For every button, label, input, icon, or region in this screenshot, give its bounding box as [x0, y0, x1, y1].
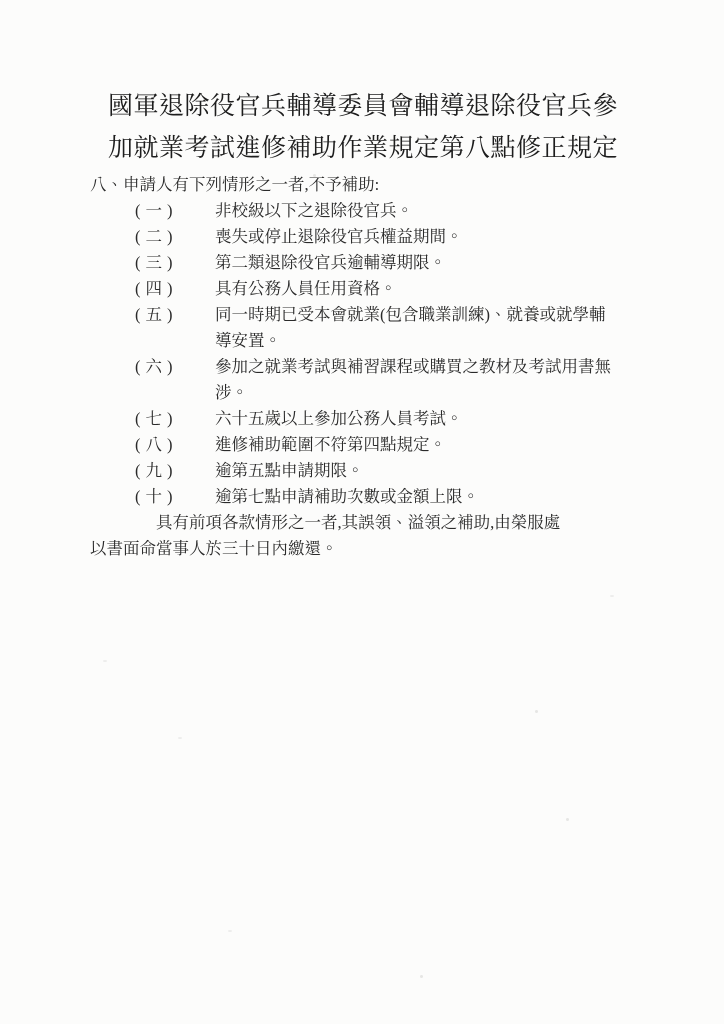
item-text: 非校級以下之退除役官兵。 — [215, 198, 614, 224]
regulation-item: (十) 逾第七點申請補助次數或金額上限。 — [135, 484, 614, 510]
regulation-item: (五) 同一時期已受本會就業(包含職業訓練)、就養或就學輔導安置。 — [135, 302, 614, 354]
item-text: 同一時期已受本會就業(包含職業訓練)、就養或就學輔導安置。 — [215, 302, 614, 354]
item-number: (三) — [135, 250, 215, 276]
regulation-item: (三) 第二類退除役官兵逾輔導期限。 — [135, 250, 614, 276]
item-text: 第二類退除役官兵逾輔導期限。 — [215, 250, 614, 276]
item-text: 具有公務人員任用資格。 — [215, 276, 614, 302]
regulation-item: (九) 逾第五點申請期限。 — [135, 458, 614, 484]
item-text: 喪失或停止退除役官兵權益期間。 — [215, 224, 614, 250]
regulation-item: (六) 參加之就業考試與補習課程或購買之教材及考試用書無涉。 — [135, 354, 614, 406]
scan-speck — [420, 975, 423, 978]
item-number: (九) — [135, 458, 215, 484]
item-list: (一) 非校級以下之退除役官兵。 (二) 喪失或停止退除役官兵權益期間。 (三)… — [90, 198, 614, 510]
item-number: (一) — [135, 198, 215, 224]
title-line-2: 加就業考試進修補助作業規定第八點修正規定 — [108, 128, 638, 170]
item-number: (六) — [135, 354, 215, 380]
document-page: 國軍退除役官兵輔導委員會輔導退除役官兵參 加就業考試進修補助作業規定第八點修正規… — [0, 0, 724, 1024]
item-text: 逾第五點申請期限。 — [215, 458, 614, 484]
regulation-item: (二) 喪失或停止退除役官兵權益期間。 — [135, 224, 614, 250]
regulation-item: (七) 六十五歲以上參加公務人員考試。 — [135, 406, 614, 432]
document-body: 八、申請人有下列情形之一者,不予補助: (一) 非校級以下之退除役官兵。 (二)… — [90, 172, 614, 562]
item-text: 參加之就業考試與補習課程或購買之教材及考試用書無涉。 — [215, 354, 614, 406]
document-title: 國軍退除役官兵輔導委員會輔導退除役官兵參 加就業考試進修補助作業規定第八點修正規… — [108, 86, 638, 170]
scan-speck — [610, 595, 614, 597]
item-number: (八) — [135, 432, 215, 458]
regulation-item: (八) 進修補助範圍不符第四點規定。 — [135, 432, 614, 458]
item-text: 進修補助範圍不符第四點規定。 — [215, 432, 614, 458]
closing-paragraph: 具有前項各款情形之一者,其誤領、溢領之補助,由榮服處以書面命當事人於三十日內繳還… — [90, 510, 572, 562]
scan-speck — [535, 710, 538, 713]
scan-speck — [228, 930, 232, 932]
regulation-item: (四) 具有公務人員任用資格。 — [135, 276, 614, 302]
scan-speck — [178, 737, 182, 739]
item-number: (七) — [135, 406, 215, 432]
section-heading: 八、申請人有下列情形之一者,不予補助: — [90, 172, 614, 198]
scan-speck — [566, 818, 569, 821]
item-number: (二) — [135, 224, 215, 250]
item-number: (十) — [135, 484, 215, 510]
title-line-1: 國軍退除役官兵輔導委員會輔導退除役官兵參 — [108, 86, 638, 128]
item-text: 六十五歲以上參加公務人員考試。 — [215, 406, 614, 432]
regulation-item: (一) 非校級以下之退除役官兵。 — [135, 198, 614, 224]
item-text: 逾第七點申請補助次數或金額上限。 — [215, 484, 614, 510]
item-number: (五) — [135, 302, 215, 328]
scan-speck — [313, 174, 316, 177]
item-number: (四) — [135, 276, 215, 302]
scan-speck — [103, 660, 107, 662]
